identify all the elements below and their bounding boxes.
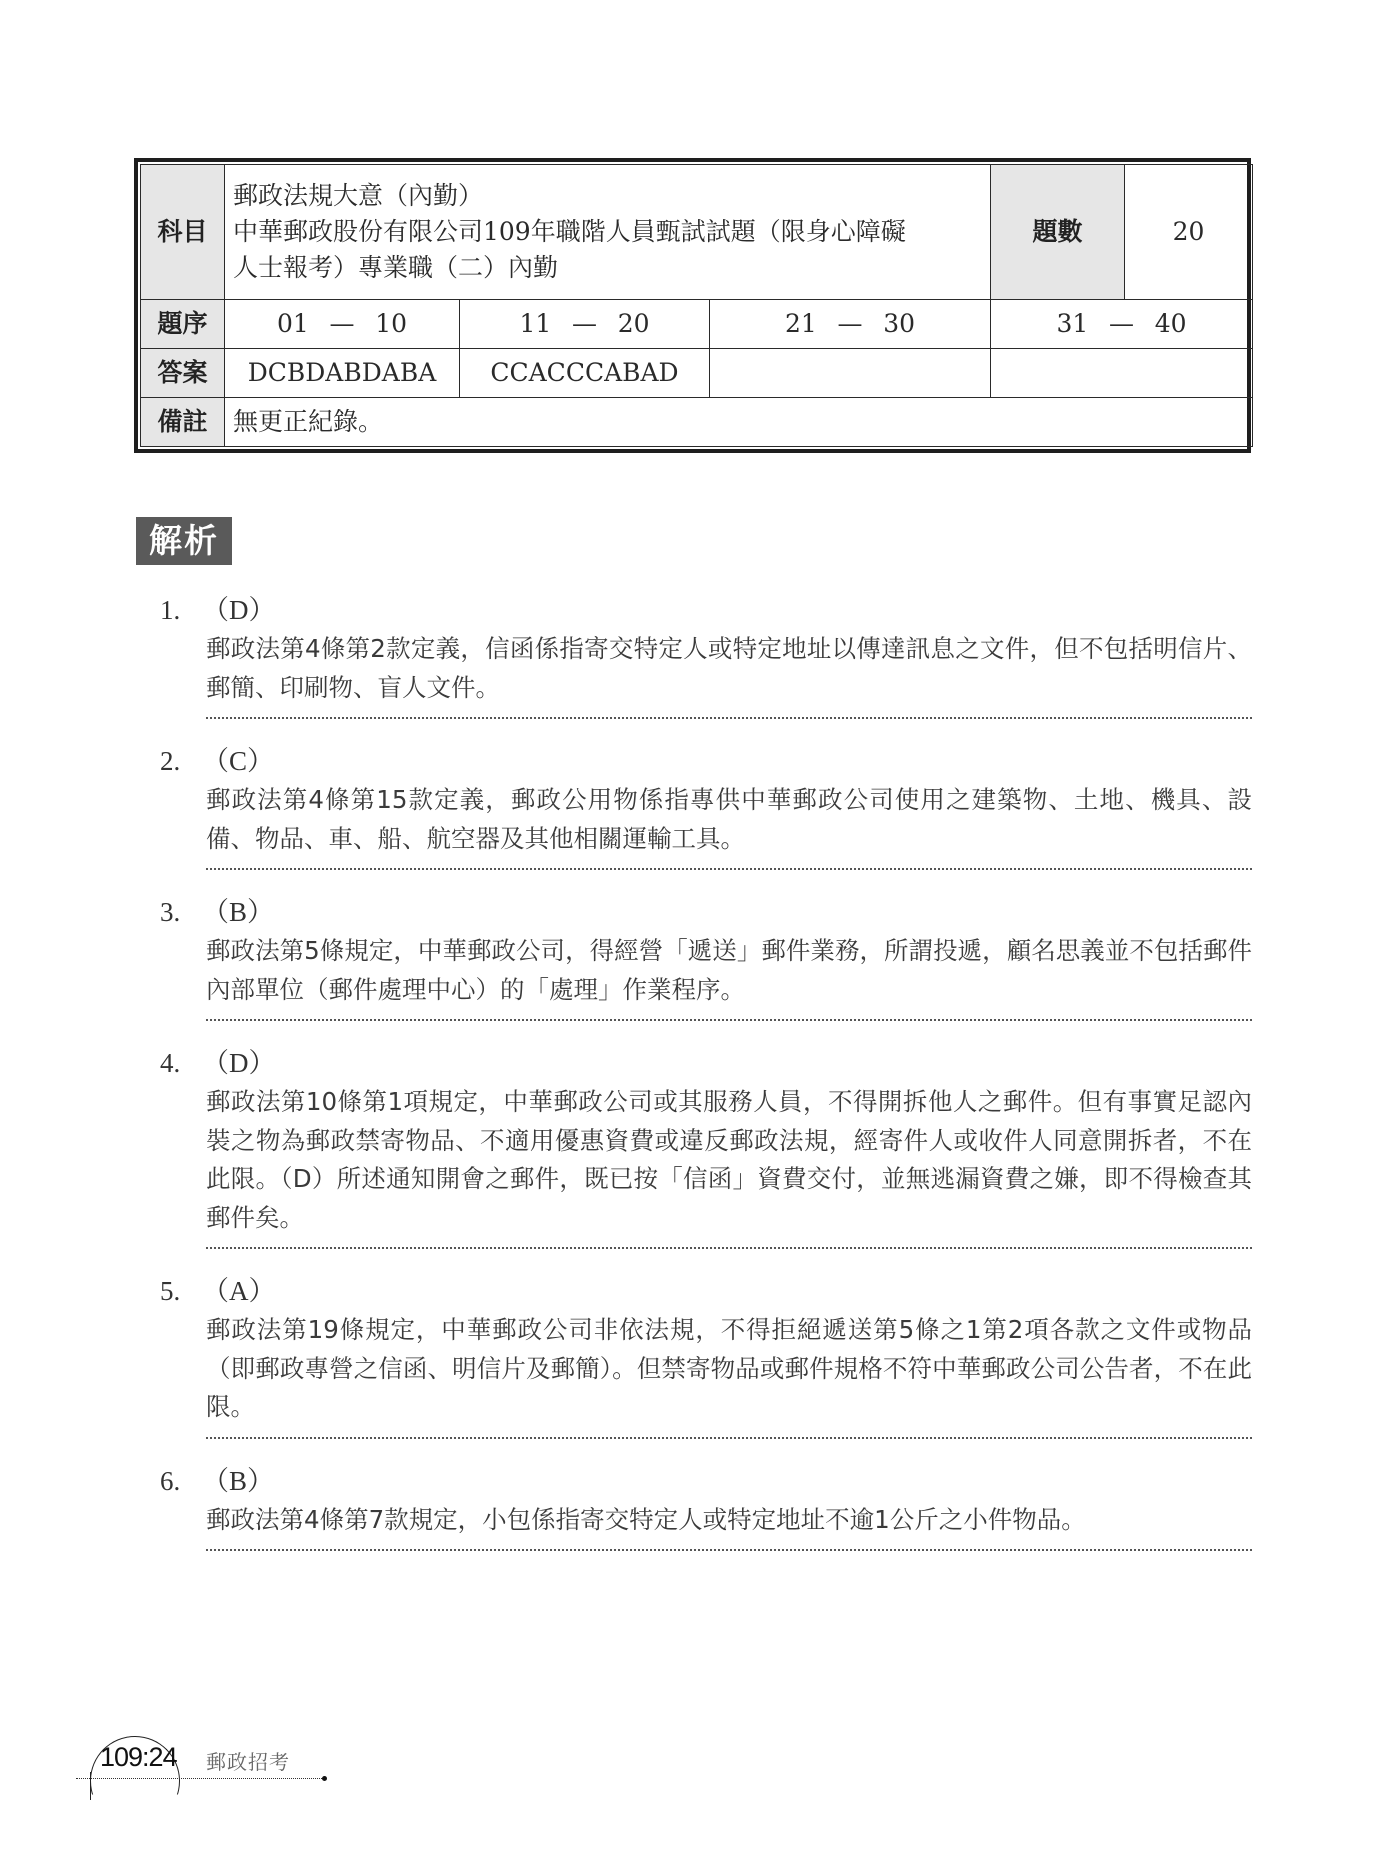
range-dash: —: [1109, 306, 1134, 342]
explanation-item: 1.（D） 郵政法第4條第2款定義，信函係指寄交特定人或特定地址以傳達訊息之文件…: [160, 590, 1252, 719]
range-from: 31: [1057, 306, 1089, 342]
notes-label: 備註: [141, 398, 225, 447]
sequence-range-3: 21 — 30: [710, 300, 991, 349]
explanation-header: 4.（D）: [160, 1043, 1252, 1083]
range-from: 21: [785, 306, 817, 342]
subject-line-3: 人士報考）專業職（二）內勤: [233, 250, 982, 286]
explanation-header: 2.（C）: [160, 741, 1252, 781]
explanation-item: 3.（B） 郵政法第5條規定，中華郵政公司，得經營「遞送」郵件業務，所謂投遞，顧…: [160, 892, 1252, 1021]
range-from: 01: [277, 306, 309, 342]
explanation-item: 6.（B） 郵政法第4條第7款規定，小包係指寄交特定人或特定地址不逾1公斤之小件…: [160, 1461, 1252, 1552]
answers-label: 答案: [141, 349, 225, 398]
subject-line-2: 中華郵政股份有限公司109年職階人員甄試試題（限身心障礙: [233, 214, 982, 250]
question-number: 2.: [160, 741, 202, 781]
answers-11-20: CCACCCABAD: [460, 349, 710, 398]
answers-row: 答案 DCBDABDABA CCACCCABAD: [141, 349, 1253, 398]
question-number: 4.: [160, 1043, 202, 1083]
question-answer: （A）: [202, 1276, 276, 1306]
explanation-header: 3.（B）: [160, 892, 1252, 932]
explanation-header: 1.（D）: [160, 590, 1252, 630]
explanation-header: 5.（A）: [160, 1271, 1252, 1311]
footer-line-end-dot: [322, 1776, 327, 1781]
question-answer: （D）: [202, 595, 276, 625]
subject-value: 郵政法規大意（內勤） 中華郵政股份有限公司109年職階人員甄試試題（限身心障礙 …: [225, 165, 991, 300]
range-from: 11: [520, 306, 552, 342]
explanation-text: 郵政法第5條規定，中華郵政公司，得經營「遞送」郵件業務，所謂投遞，顧名思義並不包…: [206, 932, 1252, 1009]
range-to: 20: [618, 306, 650, 342]
question-answer: （C）: [202, 746, 274, 776]
answers-21-30: [710, 349, 991, 398]
dotted-divider: [206, 1549, 1252, 1551]
question-sequence-row: 題序 01 — 10 11 — 20 21 — 30: [141, 300, 1253, 349]
question-number: 3.: [160, 892, 202, 932]
question-number: 5.: [160, 1271, 202, 1311]
dotted-divider: [206, 868, 1252, 870]
explanation-header: 6.（B）: [160, 1461, 1252, 1501]
range-dash: —: [838, 306, 863, 342]
answers-1-10: DCBDABDABA: [225, 349, 460, 398]
answer-table-grid: 科目 郵政法規大意（內勤） 中華郵政股份有限公司109年職階人員甄試試題（限身心…: [140, 164, 1253, 447]
subject-line-1: 郵政法規大意（內勤）: [233, 178, 982, 214]
range-dash: —: [572, 306, 597, 342]
section-heading-analysis: 解析: [136, 517, 232, 565]
explanation-item: 2.（C） 郵政法第4條第15款定義，郵政公用物係指專供中華郵政公司使用之建築物…: [160, 741, 1252, 870]
page-number: 109:24: [100, 1742, 177, 1773]
sequence-range-2: 11 — 20: [460, 300, 710, 349]
explanations-list: 1.（D） 郵政法第4條第2款定義，信函係指寄交特定人或特定地址以傳達訊息之文件…: [160, 590, 1252, 1573]
range-to: 40: [1155, 306, 1187, 342]
book-title: 郵政招考: [206, 1746, 290, 1775]
arc-tail-decoration: [90, 1772, 93, 1800]
subject-row: 科目 郵政法規大意（內勤） 中華郵政股份有限公司109年職階人員甄試試題（限身心…: [141, 165, 1253, 300]
explanation-text: 郵政法第10條第1項規定，中華郵政公司或其服務人員，不得開拆他人之郵件。但有事實…: [206, 1083, 1252, 1237]
answers-31-40: [991, 349, 1253, 398]
sequence-label: 題序: [141, 300, 225, 349]
footer-dotted-line: [76, 1778, 324, 1779]
explanation-text: 郵政法第4條第7款規定，小包係指寄交特定人或特定地址不逾1公斤之小件物品。: [206, 1501, 1252, 1540]
sequence-range-4: 31 — 40: [991, 300, 1253, 349]
dotted-divider: [206, 1247, 1252, 1249]
question-count-label: 題數: [991, 165, 1125, 300]
page-footer: 109:24 郵政招考: [76, 1736, 336, 1816]
question-number: 6.: [160, 1461, 202, 1501]
explanation-text: 郵政法第4條第2款定義，信函係指寄交特定人或特定地址以傳達訊息之文件，但不包括明…: [206, 630, 1252, 707]
range-to: 30: [883, 306, 915, 342]
subject-label: 科目: [141, 165, 225, 300]
explanation-item: 5.（A） 郵政法第19條規定，中華郵政公司非依法規，不得拒絕遞送第5條之1第2…: [160, 1271, 1252, 1439]
sequence-range-1: 01 — 10: [225, 300, 460, 349]
dotted-divider: [206, 717, 1252, 719]
explanation-text: 郵政法第4條第15款定義，郵政公用物係指專供中華郵政公司使用之建築物、土地、機具…: [206, 781, 1252, 858]
explanation-item: 4.（D） 郵政法第10條第1項規定，中華郵政公司或其服務人員，不得開拆他人之郵…: [160, 1043, 1252, 1249]
range-dash: —: [330, 306, 355, 342]
notes-value: 無更正紀錄。: [225, 398, 1253, 447]
explanation-text: 郵政法第19條規定，中華郵政公司非依法規，不得拒絕遞送第5條之1第2項各款之文件…: [206, 1311, 1252, 1427]
dotted-divider: [206, 1437, 1252, 1439]
answer-key-table: 科目 郵政法規大意（內勤） 中華郵政股份有限公司109年職階人員甄試試題（限身心…: [134, 158, 1251, 453]
question-number: 1.: [160, 590, 202, 630]
question-answer: （D）: [202, 1048, 276, 1078]
notes-row: 備註 無更正紀錄。: [141, 398, 1253, 447]
question-answer: （B）: [202, 1466, 274, 1496]
dotted-divider: [206, 1019, 1252, 1021]
question-answer: （B）: [202, 897, 274, 927]
question-count-value: 20: [1125, 165, 1253, 300]
range-to: 10: [375, 306, 407, 342]
